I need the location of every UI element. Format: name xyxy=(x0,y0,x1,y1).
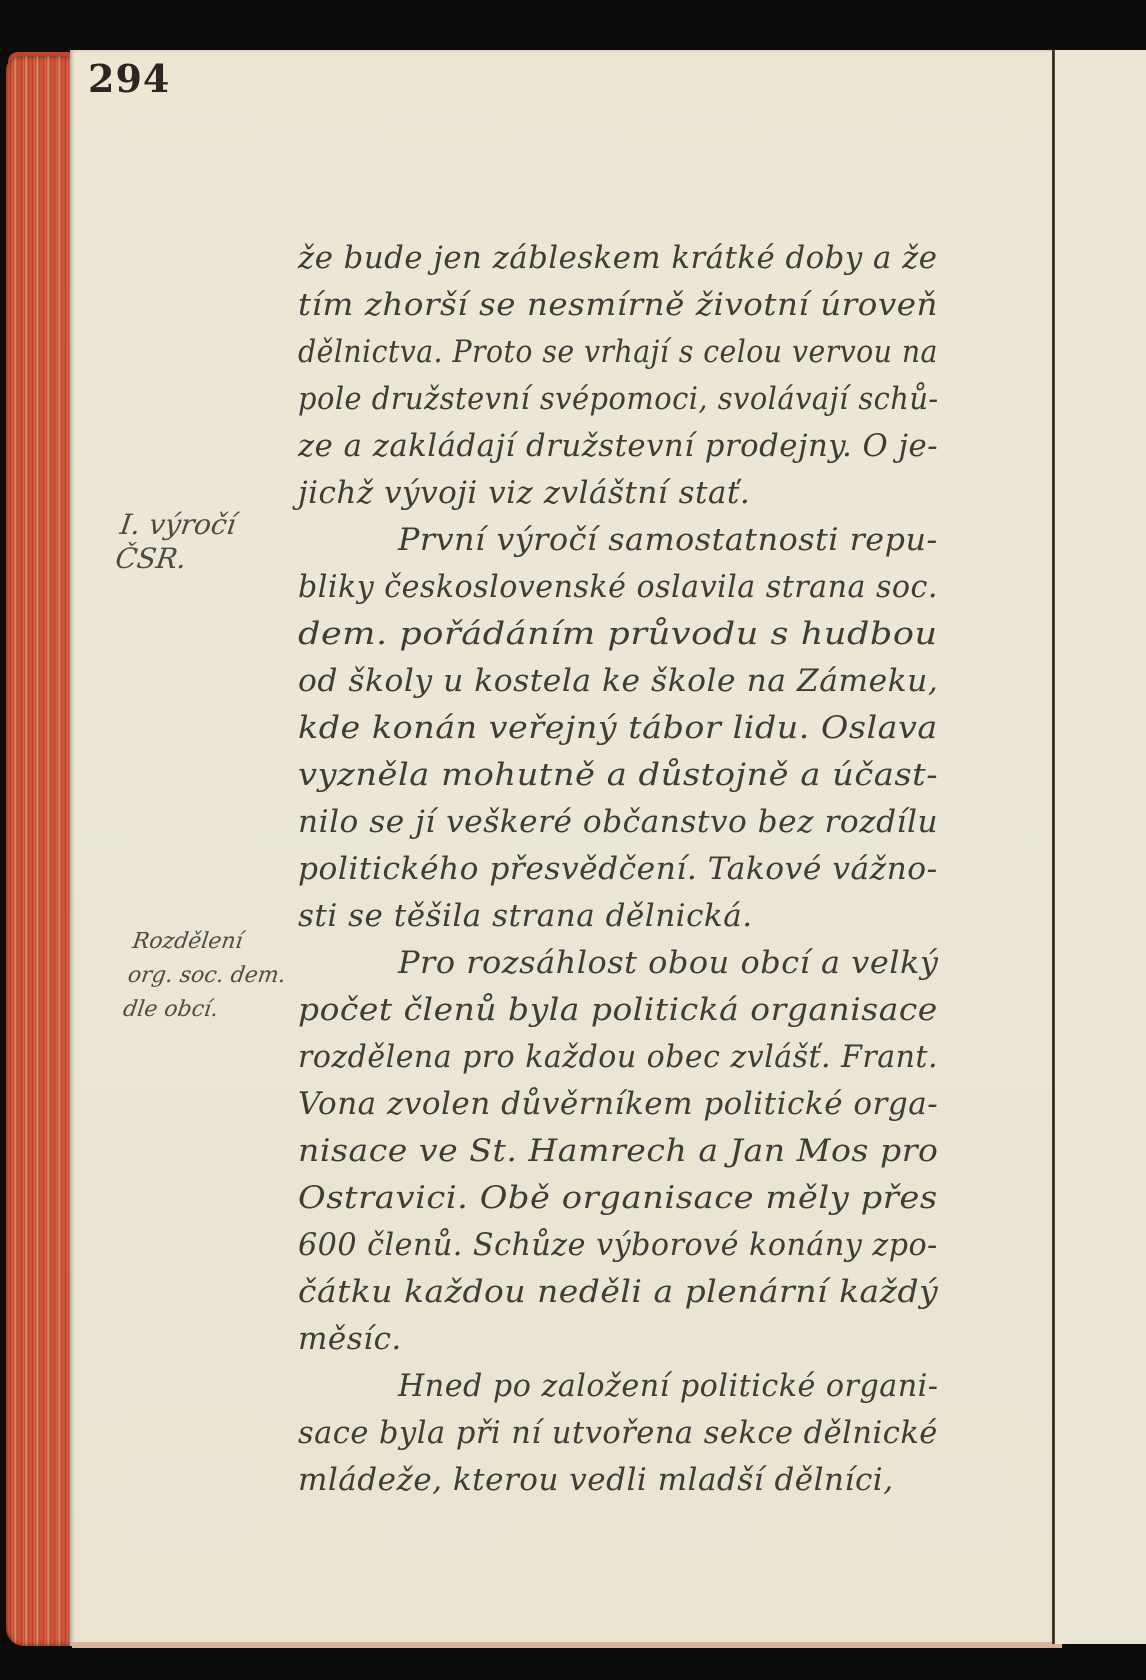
handwritten-line: bliky československé oslavila strana soc… xyxy=(298,569,938,605)
handwritten-line: dělnictva. Proto se vrhají s celou vervo… xyxy=(298,334,938,370)
handwritten-line: od školy u kostela ke škole na Zámeku, xyxy=(298,663,938,699)
page-bottom-edge xyxy=(72,1642,1062,1648)
handwritten-line: že bude jen zábleskem krátké doby a že xyxy=(298,240,937,276)
margin-note-line: ČSR. xyxy=(113,542,233,576)
handwritten-line: čátku každou neděli a plenární každý xyxy=(298,1274,938,1310)
margin-note-line: dle obcí. xyxy=(121,996,283,1024)
page-number: 294 xyxy=(88,56,170,101)
handwritten-line: Hned po založení politické organi- xyxy=(398,1368,938,1404)
handwritten-line: pole družstevní svépomoci, svolávají sch… xyxy=(298,381,939,417)
handwritten-line: ze a zakládají družstevní prodejny. O je… xyxy=(298,428,938,464)
handwritten-line: jichž vývoji viz zvláštní stať. xyxy=(298,475,750,511)
handwritten-line: Vona zvolen důvěrníkem politické orga- xyxy=(298,1086,938,1122)
margin-note-line: I. výročí xyxy=(118,508,238,542)
handwritten-line: tím zhorší se nesmírně životní úroveň xyxy=(298,287,938,323)
handwritten-line: nilo se jí veškeré občanstvo bez rozdílu xyxy=(298,804,938,840)
handwritten-line: počet členů byla politická organisace xyxy=(298,992,938,1028)
handwritten-line: mládeže, kterou vedli mladší dělníci, xyxy=(298,1462,894,1498)
handwritten-line: rozdělena pro každou obec zvlášť. Frant. xyxy=(298,1039,938,1075)
handwritten-line: nisace ve St. Hamrech a Jan Mos pro xyxy=(298,1133,938,1169)
margin-note-line: org. soc. dem. xyxy=(126,962,288,990)
handwritten-line: sace byla při ní utvořena sekce dělnické xyxy=(298,1415,938,1451)
handwritten-line: První výročí samostatnosti repu- xyxy=(398,522,938,558)
book-gutter xyxy=(1052,50,1055,1644)
margin-note-anniversary: I. výročí ČSR. xyxy=(113,508,238,576)
handwritten-line: dem. pořádáním průvodu s hudbou xyxy=(298,616,938,652)
right-page-sliver xyxy=(1055,50,1146,1644)
margin-note-division: Rozdělení org. soc. dem. dle obcí. xyxy=(121,928,292,1024)
red-page-edges xyxy=(6,56,74,1646)
handwritten-line: vyzněla mohutně a důstojně a účast- xyxy=(298,757,938,793)
margin-note-line: Rozdělení xyxy=(131,928,293,956)
handwritten-line: politického přesvědčení. Takové vážno- xyxy=(298,851,938,887)
handwritten-line: Pro rozsáhlost obou obcí a velký xyxy=(398,945,938,981)
handwritten-line: 600 členů. Schůze výborové konány zpo- xyxy=(298,1227,938,1263)
handwritten-line: měsíc. xyxy=(298,1321,402,1357)
handwritten-line: kde konán veřejný tábor lidu. Oslava xyxy=(298,710,938,746)
handwritten-line: sti se těšila strana dělnická. xyxy=(298,898,753,934)
handwritten-line: Ostravici. Obě organisace měly přes xyxy=(298,1180,938,1216)
